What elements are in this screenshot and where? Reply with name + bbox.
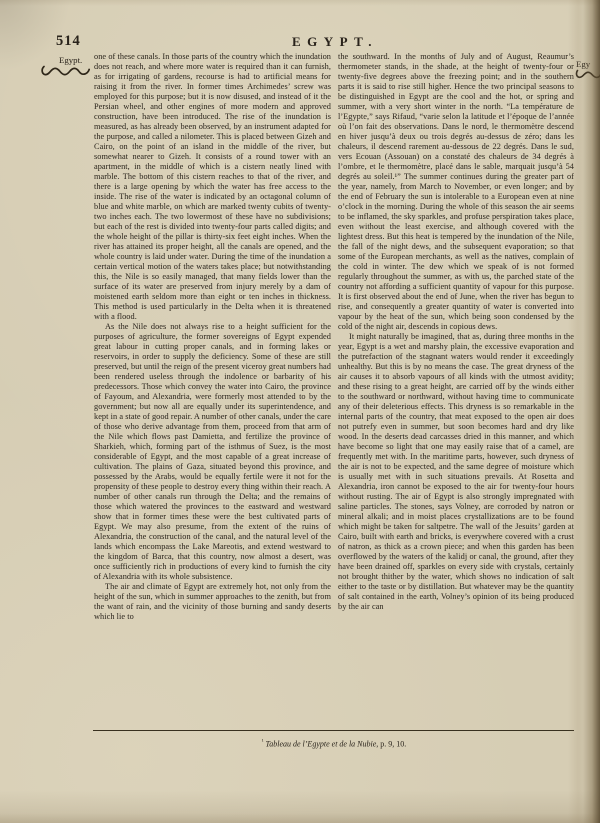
footnote-pages: , p. 9, 10. bbox=[376, 740, 406, 749]
flourish-icon bbox=[575, 68, 600, 81]
text-column-left: one of these canals. In those parts of t… bbox=[94, 52, 331, 732]
footnote-rule bbox=[93, 730, 574, 731]
footnote-marker: ¹ bbox=[262, 739, 264, 745]
paragraph: The air and climate of Egypt are extreme… bbox=[94, 582, 331, 622]
book-page: 514 EGYPT. Egypt. Egy one of these canal… bbox=[0, 0, 600, 823]
paragraph: the southward. In the months of July and… bbox=[338, 52, 574, 332]
page-number: 514 bbox=[56, 33, 81, 50]
footnote: ¹Tableau de l’Egypte et de la Nubie, p. … bbox=[95, 739, 573, 749]
paragraph: It might naturally be imagined, that as,… bbox=[338, 332, 574, 612]
paragraph: one of these canals. In those parts of t… bbox=[94, 52, 331, 322]
running-head: EGYPT. bbox=[95, 34, 575, 50]
paragraph: As the Nile does not always rise to a he… bbox=[94, 322, 331, 582]
footnote-title: Tableau de l’Egypte et de la Nubie bbox=[266, 740, 377, 749]
flourish-icon bbox=[40, 63, 92, 78]
margin-note-left: Egypt. bbox=[59, 55, 82, 65]
margin-note-right: Egy bbox=[576, 59, 590, 69]
text-column-right: the southward. In the months of July and… bbox=[338, 52, 574, 732]
